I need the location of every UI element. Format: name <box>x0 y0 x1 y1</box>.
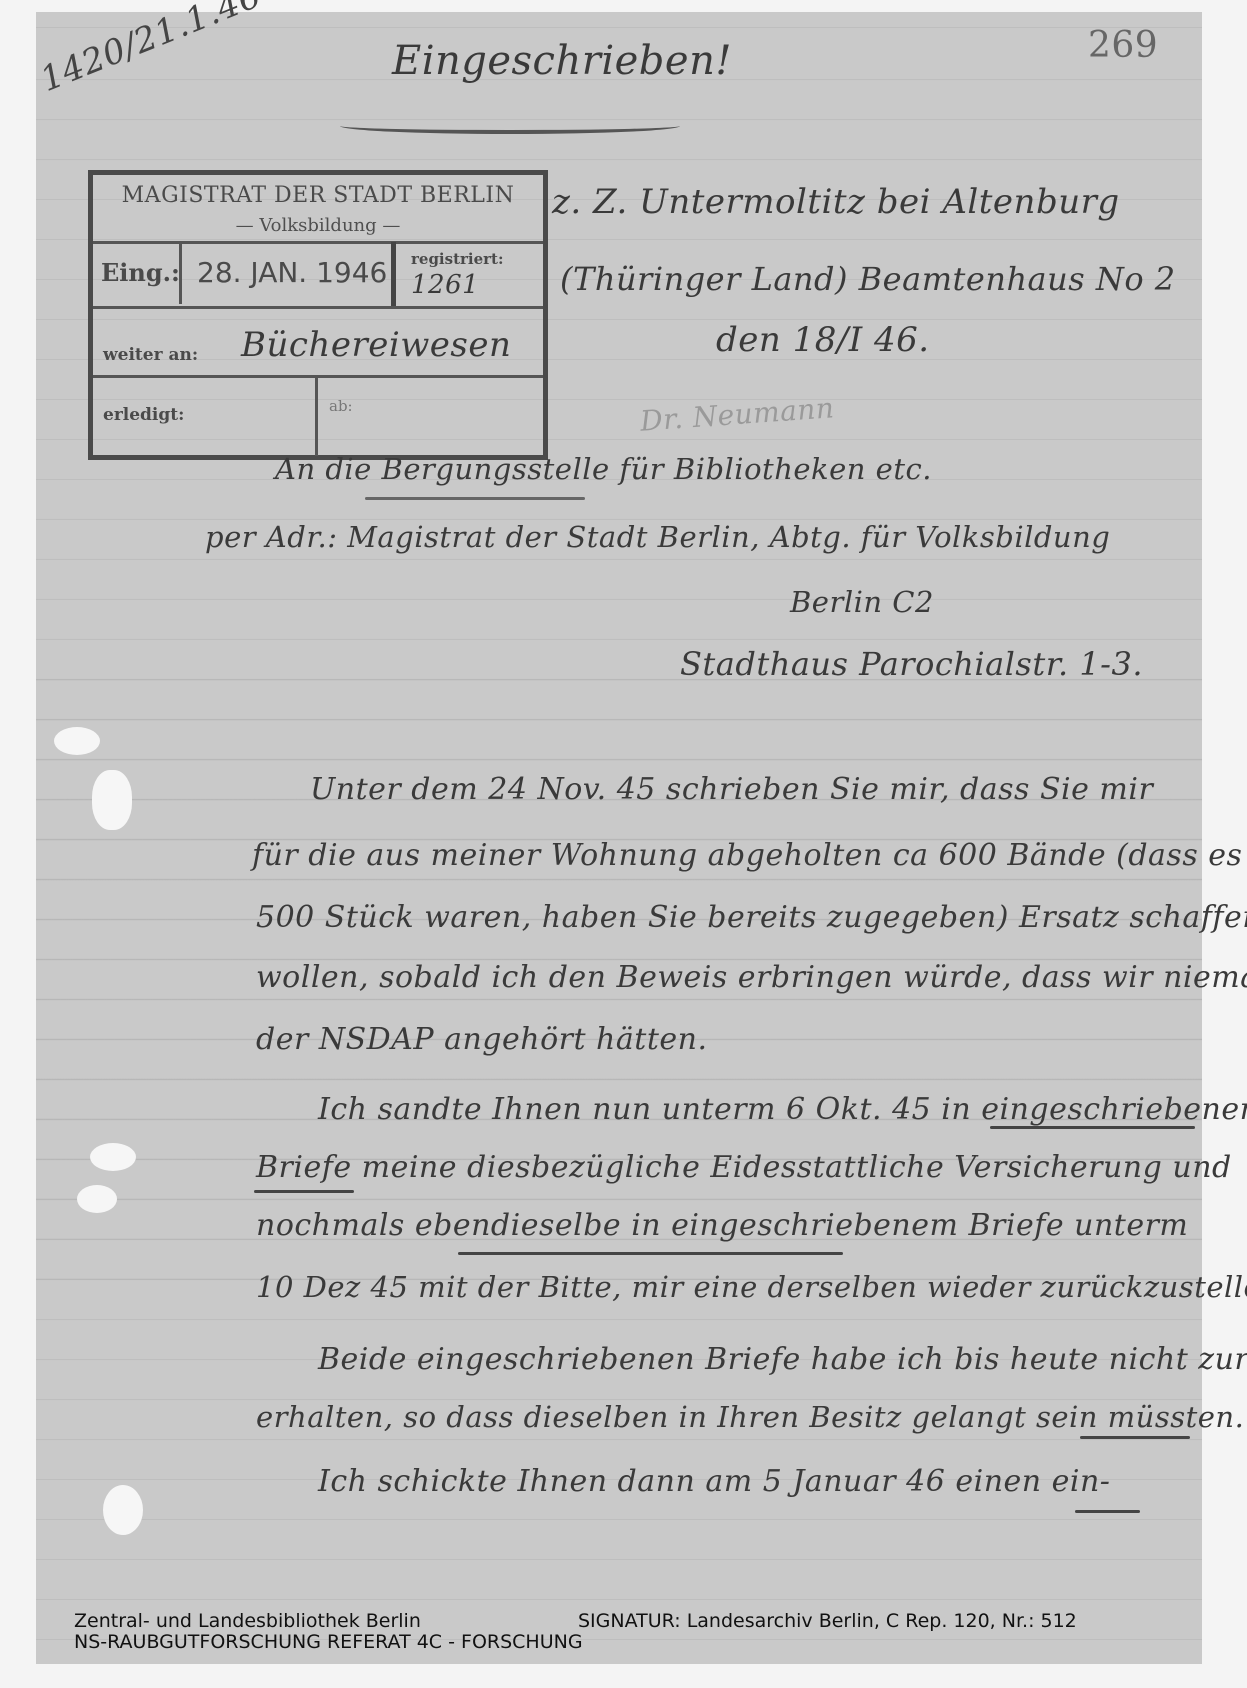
body-line: Ich sandte Ihnen nun unterm 6 Okt. 45 in… <box>318 1092 1247 1127</box>
letter-date: den 18/I 46. <box>716 320 930 360</box>
recipient-line2: per Adr.: Magistrat der Stadt Berlin, Ab… <box>205 520 1110 554</box>
body-underline <box>1075 1510 1140 1513</box>
stamp-title: MAGISTRAT DER STADT BERLIN <box>93 183 543 208</box>
stamp-subtitle: — Volksbildung — <box>93 215 543 236</box>
stamp-received-date: 28. JAN. 1946 <box>197 256 387 289</box>
body-line: Unter dem 24 Nov. 45 schrieben Sie mir, … <box>310 772 1153 807</box>
recipient-line4: Stadthaus Parochialstr. 1-3. <box>680 645 1143 683</box>
footer-library: Zentral- und Landesbibliothek Berlin <box>74 1611 421 1632</box>
body-underline <box>458 1252 843 1255</box>
stamp-registered-label: registriert: <box>411 250 504 268</box>
body-line: 10 Dez 45 mit der Bitte, mir eine dersel… <box>256 1270 1247 1304</box>
stamp-sent-label: ab: <box>329 397 353 415</box>
heading-registered: Eingeschrieben! <box>392 38 732 84</box>
footer-department: NS-RAUBGUTFORSCHUNG REFERAT 4C - FORSCHU… <box>74 1632 583 1653</box>
stamp-received-label: Eing.: <box>101 258 180 287</box>
punch-hole <box>54 727 100 755</box>
body-line: nochmals ebendieselbe in eingeschriebene… <box>256 1208 1188 1243</box>
body-underline <box>990 1126 1195 1129</box>
body-underline <box>1080 1436 1190 1439</box>
body-line: erhalten, so dass dieselben in Ihren Bes… <box>256 1400 1244 1434</box>
punch-hole <box>103 1485 143 1535</box>
page-number: 269 <box>1088 25 1158 66</box>
body-line: wollen, sobald ich den Beweis erbringen … <box>256 960 1247 995</box>
body-line: für die aus meiner Wohnung abgeholten ca… <box>252 838 1242 873</box>
sender-address-line1: z. Z. Untermoltitz bei Altenburg <box>552 182 1120 222</box>
recipient-line1: An die Bergungsstelle für Bibliotheken e… <box>275 452 932 486</box>
body-line: Beide eingeschriebenen Briefe habe ich b… <box>318 1342 1247 1377</box>
body-line: Briefe meine diesbezügliche Eidesstattli… <box>256 1150 1232 1185</box>
body-line: der NSDAP angehört hätten. <box>256 1022 708 1057</box>
punch-hole <box>77 1185 117 1213</box>
footer-signature: SIGNATUR: Landesarchiv Berlin, C Rep. 12… <box>578 1611 1077 1632</box>
body-line: Ich schickte Ihnen dann am 5 Januar 46 e… <box>318 1464 1110 1499</box>
stamp-done-label: erledigt: <box>103 405 184 425</box>
recipient-underline <box>365 497 585 500</box>
body-underline <box>254 1190 354 1193</box>
heading-underline-icon <box>340 118 680 134</box>
punch-hole <box>92 770 132 830</box>
received-stamp: MAGISTRAT DER STADT BERLIN — Volksbildun… <box>88 170 548 460</box>
punch-hole <box>90 1143 136 1171</box>
stamp-forward-value: Büchereiwesen <box>241 325 511 365</box>
stamp-registered-number: 1261 <box>411 270 479 300</box>
body-line: 500 Stück waren, haben Sie bereits zugeg… <box>256 900 1247 935</box>
stamp-forward-label: weiter an: <box>103 345 198 365</box>
recipient-line3: Berlin C2 <box>790 585 934 619</box>
sender-address-line2: (Thüringer Land) Beamtenhaus No 2 <box>560 260 1176 298</box>
